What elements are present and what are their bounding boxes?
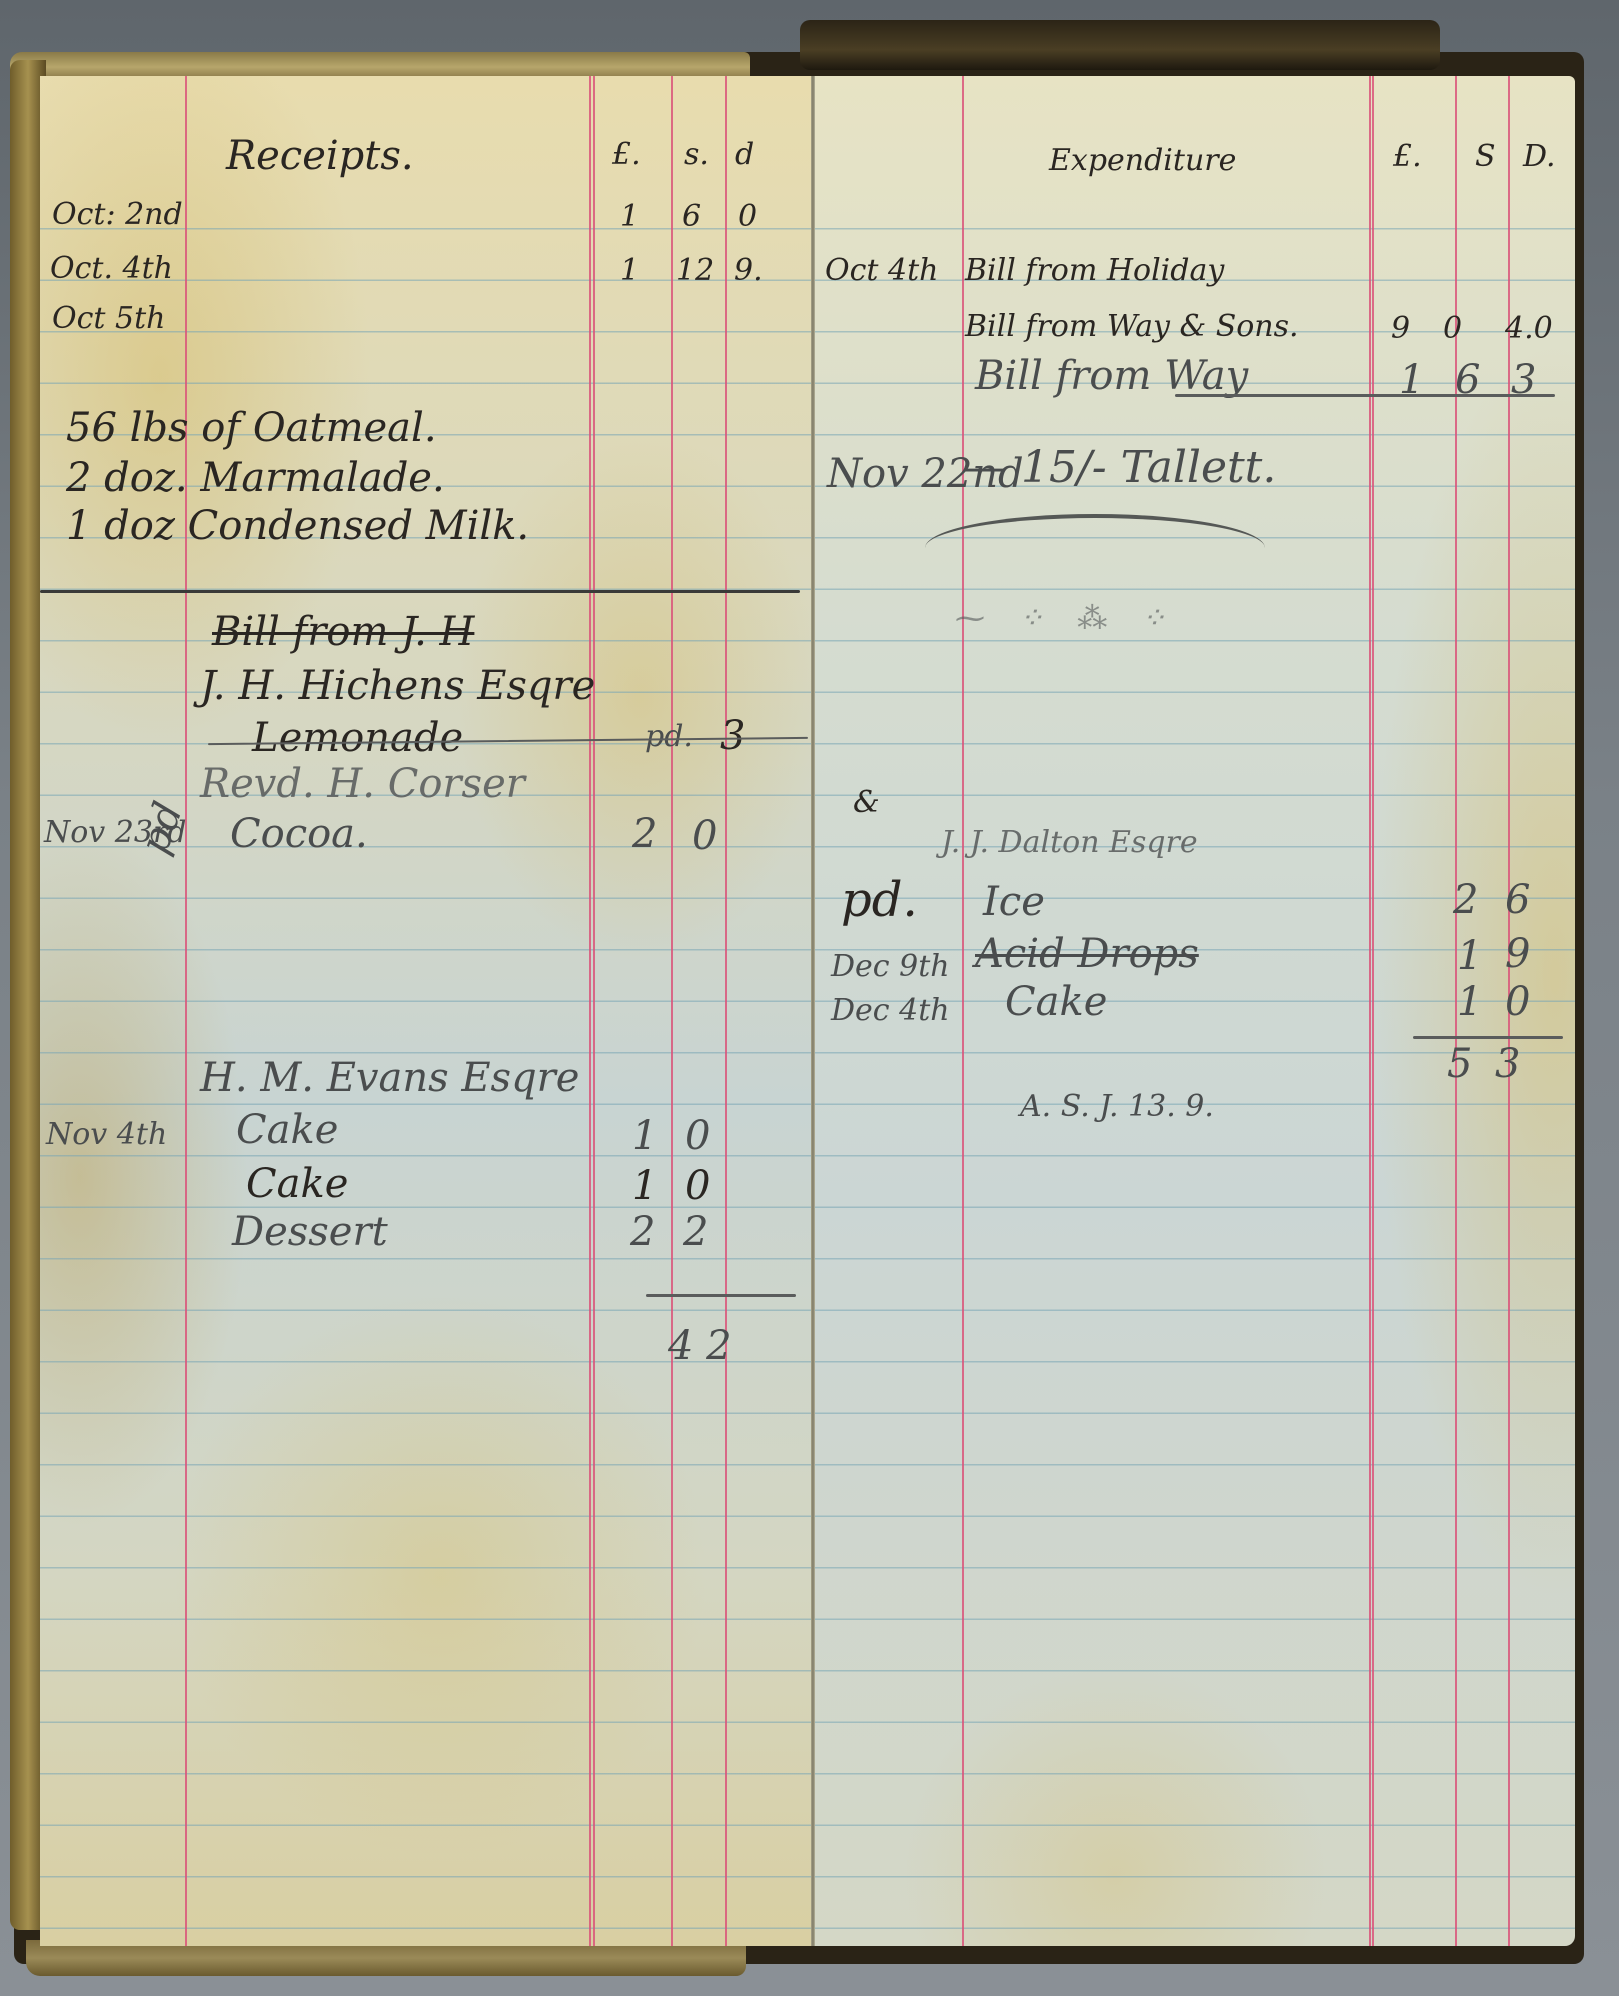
note-text: — 15/- Tallett. (963, 446, 1276, 490)
struck-line: Bill from J. H (212, 612, 474, 652)
line-description: Acid Drops (975, 934, 1199, 974)
line-shillings: 1 (1457, 936, 1482, 976)
total-pence: 3 (1495, 1044, 1520, 1084)
line-shillings: 1 (632, 1166, 657, 1206)
margin-rule (962, 76, 964, 1946)
line-shillings: 1 (1457, 982, 1482, 1022)
pounds-column-rule (589, 76, 591, 1946)
entry-pounds: 1 (620, 256, 639, 286)
line-description: Cocoa. (230, 814, 368, 854)
item-line: 1 doz Condensed Milk. (66, 506, 529, 546)
block-total: 4 2 (668, 1326, 732, 1366)
entry-pence: 9. (734, 256, 763, 286)
line-shillings: 2 (630, 1212, 655, 1252)
item-line: 56 lbs of Oatmeal. (66, 408, 437, 448)
entry-shillings: 0 (1443, 314, 1462, 344)
entry-date: Oct 5th (52, 304, 165, 334)
entry-pence: 0 (738, 202, 757, 232)
account-name: J. H. Hichens Esqre (200, 666, 595, 706)
line-pence: 9 (1505, 934, 1530, 974)
margin-rule (185, 76, 187, 1946)
pounds-header: £. (1393, 142, 1422, 172)
account-name: J. J. Dalton Esqre (941, 828, 1198, 858)
receipts-page: Receipts. £. s. d Oct: 2nd 1 6 0 Oct. 4t… (40, 76, 813, 1946)
item-line: 2 doz. Marmalade. (66, 458, 445, 498)
line-shillings: 2 (1453, 880, 1478, 920)
shillings-header: S (1475, 142, 1496, 172)
illegible-marks: ⁓ ⁘ ⁂ ⁘ (955, 604, 1178, 634)
line-pence: 0 (685, 1116, 710, 1156)
expenditure-page: Expenditure £. S D. Oct 4th Bill from Ho… (815, 76, 1575, 1946)
line-pence: 0 (692, 816, 717, 856)
line-pence: 2 (683, 1212, 708, 1252)
entry-date: Dec 9th (831, 952, 950, 982)
sum-line (1413, 1036, 1563, 1039)
line-description: Cake (1005, 982, 1107, 1022)
account-name: H. M. Evans Esqre (200, 1058, 579, 1098)
line-description: Cake (246, 1164, 348, 1204)
line-pence: 0 (685, 1166, 710, 1206)
receipts-heading: Receipts. (226, 136, 414, 176)
pence-header: d (735, 140, 754, 170)
entry-description: Bill from Way (975, 356, 1248, 396)
entry-description: Bill from Way & Sons. (965, 312, 1299, 342)
line-description: Ice (983, 882, 1045, 922)
line-pence: 6 (1505, 880, 1530, 920)
line-pence: 3 (720, 716, 745, 756)
line-shillings: 1 (632, 1116, 657, 1156)
shillings-header: s. (684, 140, 709, 170)
shillings-column-rule (671, 76, 673, 1946)
entry-date: Oct. 4th (50, 254, 173, 284)
expenditure-heading: Expenditure (1049, 146, 1236, 176)
line-description: Revd. H. Corser (200, 764, 525, 804)
pounds-column-rule-double (1372, 76, 1374, 1946)
entry-pounds: 9 (1391, 314, 1410, 344)
entry-pence: 4.0 (1505, 314, 1553, 344)
line-pence: 0 (1505, 982, 1530, 1022)
entry-date: Dec 4th (831, 996, 950, 1026)
entry-shillings: 12 (676, 256, 714, 286)
underline-stroke (1175, 394, 1555, 397)
entry-description: Bill from Holiday (965, 256, 1224, 286)
line-description: Lemonade (252, 718, 463, 758)
marginal-mark: & (853, 788, 880, 818)
section-divider (40, 590, 800, 593)
line-shillings: 2 (632, 814, 657, 854)
pence-column-rule (725, 76, 727, 1946)
footer-note: A. S. J. 13. 9. (1020, 1092, 1214, 1122)
entry-shillings: 6 (682, 202, 701, 232)
pounds-column-rule (1369, 76, 1371, 1946)
pounds-column-rule-double (593, 76, 595, 1946)
sum-line (646, 1294, 796, 1297)
paid-mark: pd. (645, 722, 693, 752)
entry-pounds: 1 (620, 202, 639, 232)
entry-date: Nov 4th (46, 1120, 167, 1150)
total-shillings: 5 (1447, 1044, 1472, 1084)
entry-date: Oct: 2nd (52, 200, 183, 230)
entry-date: Oct 4th (825, 256, 938, 286)
paid-mark: pd. (841, 876, 918, 924)
ledger-spine-top (800, 20, 1440, 70)
pence-header: D. (1523, 142, 1556, 172)
line-description: Dessert (232, 1212, 388, 1252)
line-description: Cake (236, 1110, 338, 1150)
pounds-header: £. (612, 140, 641, 170)
